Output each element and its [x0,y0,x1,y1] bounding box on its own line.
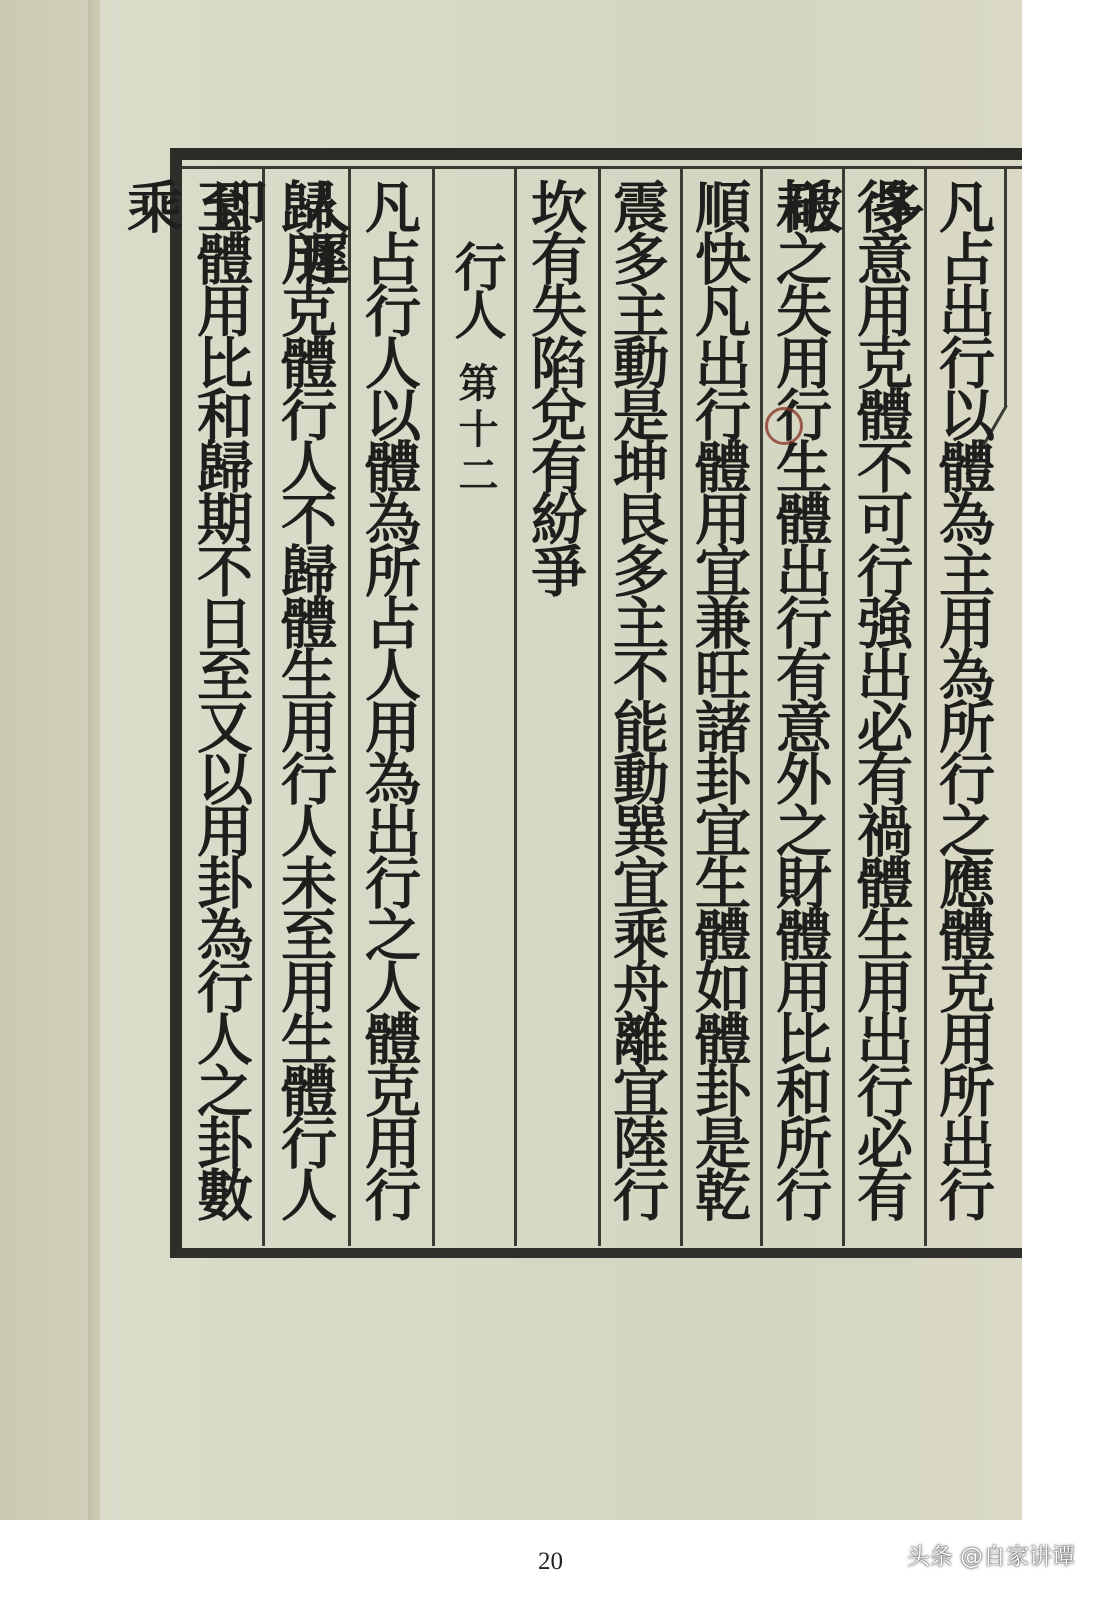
column-rule [262,166,265,1246]
watermark: 头条 @自家讲谭 [907,1538,1075,1571]
text-column-6: 坎有失陷兌有紛爭 [520,178,590,1248]
column-rule [598,166,601,1246]
section-heading-title: 行人 [445,240,506,336]
frame-inner-top-rule [182,166,1022,169]
text-column-9: 歸用克體行人不歸體生用行人未至用生體行人即 [270,178,340,1248]
red-circle-mark-icon [765,407,803,445]
text-column-5: 震多主動是坤艮多主不能動巽宜乘舟離宜陸行 [602,178,672,1248]
column-rule [760,166,763,1246]
column-rule [348,166,351,1246]
column-rule [432,166,435,1246]
text-column-10: 至體用比和歸期不日至又以用卦為行人之卦數乘 [186,178,256,1248]
column-rule [842,166,845,1246]
page: 凡占出行以體為主用為所行之應體克用所出行多 得意用克體不可行強出必有禍體生用出行… [0,0,1119,1601]
text-column-8: 凡占行人以體為所占人用為出行之人體克用行人遲 [354,178,424,1248]
section-heading: 行人第十二 [440,240,510,1310]
paper-fold-edge [88,0,102,1520]
section-heading-number: 第十二 [440,362,510,500]
column-rule [514,166,517,1246]
paper-left-margin [0,0,100,1520]
column-rule [924,166,927,1246]
text-column-4: 順快凡出行體用宜兼旺諸卦宜生體如體卦是乾 [684,178,754,1248]
text-column-3: 耗之失用行生體出行有意外之財體用比和所行 [765,178,835,1248]
column-rule [680,166,683,1246]
column-rule [1004,166,1007,406]
text-column-1: 凡占出行以體為主用為所行之應體克用所出行多 [928,178,998,1248]
text-column-2: 得意用克體不可行強出必有禍體生用出行必有破 [846,178,916,1248]
page-number: 20 [538,1548,563,1576]
